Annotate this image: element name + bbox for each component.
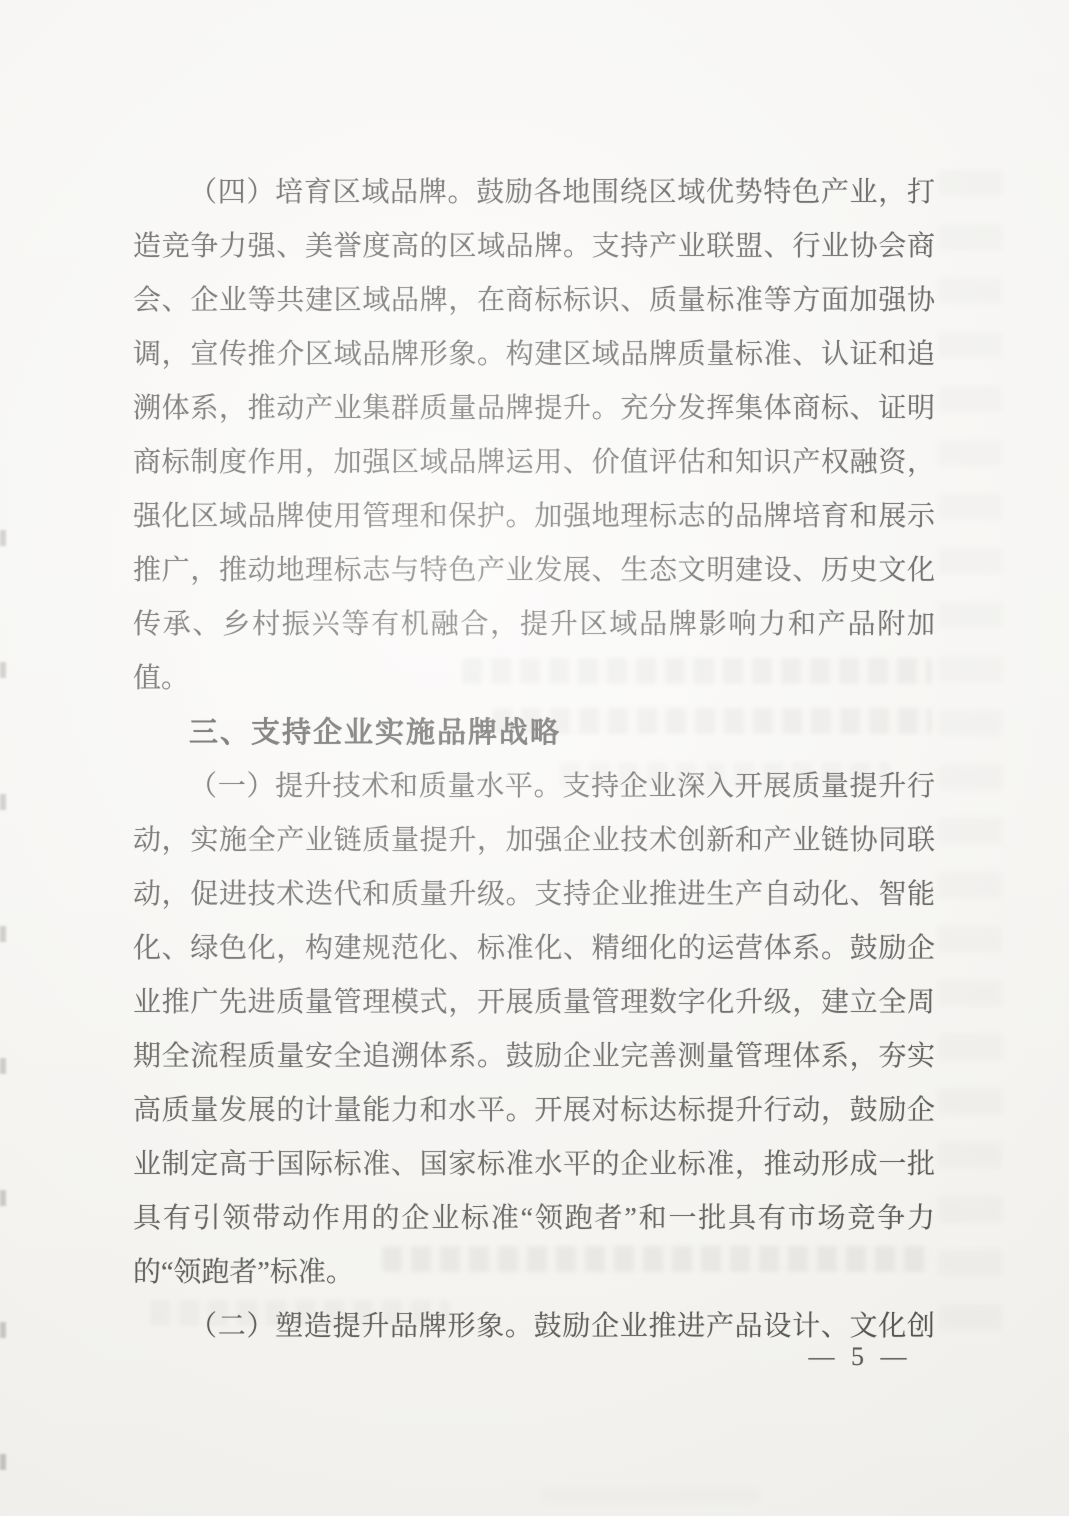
text-line: 具有引领带动作用的企业标准“领跑者”和一批具有市场竞争力	[133, 1192, 935, 1246]
text-line: 会、企业等共建区域品牌，在商标标识、质量标准等方面加强协	[133, 274, 935, 328]
text-line: 值。	[133, 652, 935, 706]
text-line: 传承、乡村振兴等有机融合，提升区域品牌影响力和产品附加	[133, 598, 935, 652]
text-line: 造竞争力强、美誉度高的区域品牌。支持产业联盟、行业协会商	[133, 220, 935, 274]
text-line: 业制定高于国际标准、国家标准水平的企业标准，推动形成一批	[133, 1138, 935, 1192]
document-page: （四）培育区域品牌。鼓励各地围绕区域优势特色产业，打 造竞争力强、美誉度高的区域…	[0, 0, 1069, 1516]
text-line: 的“领跑者”标准。	[133, 1246, 935, 1300]
text-line: 动，实施全产业链质量提升，加强企业技术创新和产业链协同联	[133, 814, 935, 868]
scan-artifact-right-column	[938, 170, 1002, 1330]
section-heading: 三、支持企业实施品牌战略	[133, 706, 935, 760]
text-line: 高质量发展的计量能力和水平。开展对标达标提升行动，鼓励企	[133, 1084, 935, 1138]
text-line: （一）提升技术和质量水平。支持企业深入开展质量提升行	[133, 760, 935, 814]
text-line: （四）培育区域品牌。鼓励各地围绕区域优势特色产业，打	[133, 166, 935, 220]
text-line: 调，宣传推介区域品牌形象。构建区域品牌质量标准、认证和追	[133, 328, 935, 382]
scan-artifact-left-edge	[0, 530, 6, 1480]
scan-artifact-smudge	[540, 1488, 760, 1502]
text-line: 溯体系，推动产业集群质量品牌提升。充分发挥集体商标、证明	[133, 382, 935, 436]
text-line: 推广，推动地理标志与特色产业发展、生态文明建设、历史文化	[133, 544, 935, 598]
text-line: 化、绿色化，构建规范化、标准化、精细化的运营体系。鼓励企	[133, 922, 935, 976]
text-line: 商标制度作用，加强区域品牌运用、价值评估和知识产权融资，	[133, 436, 935, 490]
text-line: 强化区域品牌使用管理和保护。加强地理标志的品牌培育和展示	[133, 490, 935, 544]
text-line: 期全流程质量安全追溯体系。鼓励企业完善测量管理体系，夯实	[133, 1030, 935, 1084]
page-number: — 5 —	[804, 1337, 916, 1377]
text-line: 业推广先进质量管理模式，开展质量管理数字化升级，建立全周	[133, 976, 935, 1030]
text-line: 动，促进技术迭代和质量升级。支持企业推进生产自动化、智能	[133, 868, 935, 922]
document-body: （四）培育区域品牌。鼓励各地围绕区域优势特色产业，打 造竞争力强、美誉度高的区域…	[133, 166, 935, 1354]
